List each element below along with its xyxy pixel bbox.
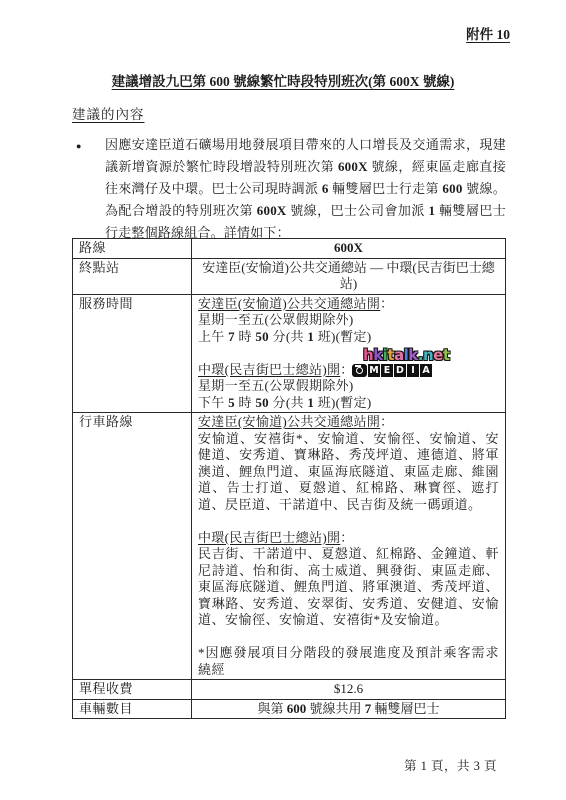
proposal-paragraph-text: 因應安達臣道石礦場用地發展項目帶來的人口增長及交通需求，現建議新增資源於繁忙時段… [105, 134, 506, 244]
service-hours-value: 安達臣(安愉道)公共交通總站開： 星期一至五(公眾假期除外) 上午 7 時 50… [192, 294, 506, 413]
section-heading: 建議的內容 [72, 103, 145, 123]
route-details-table: 路線 600X 終點站 安達臣(安愉道)公共交通總站 — 中環(民吉街巴士總站)… [72, 238, 506, 719]
bullet-icon: ● [76, 135, 81, 157]
routing-dir2-heading: 中環(民吉街巴士總站)開 [198, 530, 340, 545]
table-row-route: 路線 600X [73, 239, 506, 259]
routing-dir2-streets: 民吉街、干諾道中、夏慤道、紅棉路、金鐘道、軒尼詩道、怡和街、高士威道、興發街、東… [198, 546, 499, 629]
proposal-paragraph: ● 因應安達臣道石礦場用地發展項目帶來的人口增長及交通需求，現建議新增資源於繁忙… [72, 134, 506, 244]
routing-dir1-heading-line: 安達臣(安愉道)公共交通總站開： [198, 414, 499, 431]
fleet-value: 與第 600 號線共用 7 輛雙層巴士 [192, 699, 506, 719]
media-label: MEDIA [368, 364, 432, 377]
heading-colon: ： [380, 296, 393, 311]
routing-dir1-heading: 安達臣(安愉道)公共交通總站開 [198, 414, 380, 429]
heading-colon: ： [340, 530, 353, 545]
page-title: 建議增設九巴第 600 號線繁忙時段特別班次(第 600X 號線) [0, 70, 566, 90]
document-page: 附件 10 建議增設九巴第 600 號線繁忙時段特別班次(第 600X 號線) … [0, 0, 566, 800]
page-number: 第 1 頁，共 3 頁 [404, 756, 497, 774]
page-title-text: 建議增設九巴第 600 號線繁忙時段特別班次(第 600X 號線) [112, 74, 455, 89]
termini-value: 安達臣(安愉道)公共交通總站 — 中環(民吉街巴士總站) [192, 258, 506, 294]
attachment-label: 附件 10 [466, 23, 510, 43]
fare-value: $12.6 [192, 680, 506, 700]
hkitalk-watermark: hkitalk.net MEDIA [352, 348, 450, 377]
routing-dir1-streets: 安愉道、安禧街*、安愉道、安愉徑、安愉道、安健道、安秀道、寶琳路、秀茂坪道、連德… [198, 431, 499, 514]
routing-dir2-heading-line: 中環(民吉街巴士總站)開： [198, 530, 499, 547]
routing-value: 安達臣(安愉道)公共交通總站開： 安愉道、安禧街*、安愉道、安愉徑、安愉道、安健… [192, 413, 506, 680]
service-dir1-heading: 安達臣(安愉道)公共交通總站開 [198, 296, 380, 311]
service-dir1-time: 上午 7 時 50 分(共 1 班)(暫定) [198, 329, 499, 346]
fleet-label: 車輛數目 [73, 699, 192, 719]
camera-icon [352, 364, 367, 377]
service-dir2-time: 下午 5 時 50 分(共 1 班)(暫定) [198, 395, 499, 412]
termini-label: 終點站 [73, 258, 192, 294]
table-row-routing: 行車路線 安達臣(安愉道)公共交通總站開： 安愉道、安禧街*、安愉道、安愉徑、安… [73, 413, 506, 680]
service-dir2-days: 星期一至五(公眾假期除外) [198, 378, 499, 395]
route-value: 600X [192, 239, 506, 259]
heading-colon: ： [380, 414, 393, 429]
hkitalk-media-row: MEDIA [352, 364, 450, 377]
route-label: 路線 [73, 239, 192, 259]
routing-footnote: *因應發展項目分階段的發展進度及預計乘客需求繞經 [198, 645, 499, 678]
fare-label: 單程收費 [73, 680, 192, 700]
table-row-fleet: 車輛數目 與第 600 號線共用 7 輛雙層巴士 [73, 699, 506, 719]
service-dir2-heading-line: 中環(民吉街巴士總站)開： [198, 362, 499, 379]
service-dir1-days: 星期一至五(公眾假期除外) [198, 312, 499, 329]
hkitalk-logo-text: hkitalk.net [363, 348, 450, 363]
table-row-termini: 終點站 安達臣(安愉道)公共交通總站 — 中環(民吉街巴士總站) [73, 258, 506, 294]
service-dir2-heading: 中環(民吉街巴士總站)開 [198, 362, 340, 377]
service-hours-label: 服務時間 [73, 294, 192, 413]
table-row-fare: 單程收費 $12.6 [73, 680, 506, 700]
routing-label: 行車路線 [73, 413, 192, 680]
service-dir1-heading-line: 安達臣(安愉道)公共交通總站開： [198, 296, 499, 313]
